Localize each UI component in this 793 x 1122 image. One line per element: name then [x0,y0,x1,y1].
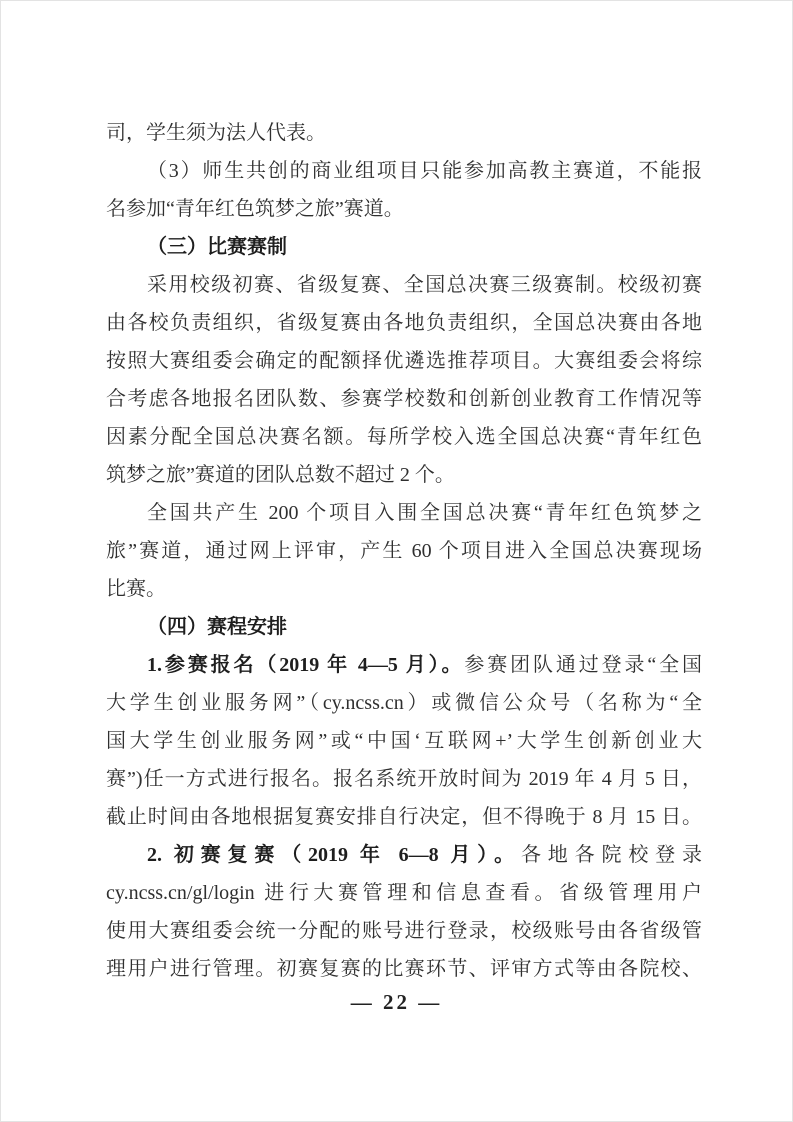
text-run: 赛”)任一方式进行报名。报名系统开放时间为 2019 年 4 月 5 日， [106,768,702,790]
text-run: 旅”赛道，通过网上评审，产生 60 个项目进入全国总决赛现场 [106,540,702,562]
text-run: 全国共产生 200 个项目入围全国总决赛“青年红色筑梦之 [147,502,702,524]
text-line: 旅”赛道，通过网上评审，产生 60 个项目进入全国总决赛现场 [106,532,702,570]
text-run: 各地各院校登录 [521,844,702,866]
document-body: 司，学生须为法人代表。（3）师生共创的商业组项目只能参加高教主赛道，不能报名参加… [106,114,702,988]
text-run: 因素分配全国总决赛名额。每所学校入选全国总决赛“青年红色 [106,426,702,448]
text-run: cy.ncss.cn/gl/login 进行大赛管理和信息查看。省级管理用户 [106,882,702,904]
section-heading: （三）比赛赛制 [106,228,702,266]
bold-run: 1.参赛报名（2019 年 4—5 月）。 [147,654,464,676]
text-run: （3）师生共创的商业组项目只能参加高教主赛道，不能报 [147,160,702,182]
text-run: 参赛团队通过登录“全国 [464,654,702,676]
page-number: — 22 — [1,985,792,1019]
text-line: 截止时间由各地根据复赛安排自行决定，但不得晚于 8 月 15 日。 [106,798,702,836]
text-line: 筑梦之旅”赛道的团队总数不超过 2 个。 [106,456,702,494]
text-run: 国大学生创业服务网”或“中国‘互联网+’大学生创新创业大 [106,730,702,752]
bold-run: （四）赛程安排 [147,616,287,638]
section-heading: （四）赛程安排 [106,608,702,646]
text-line: 名参加“青年红色筑梦之旅”赛道。 [106,190,702,228]
text-run: 由各校负责组织，省级复赛由各地负责组织，全国总决赛由各地 [106,312,702,334]
text-line: 比赛。 [106,570,702,608]
text-line: 2. 初赛复赛（2019 年 6—8 月）。各地各院校登录 [106,836,702,874]
text-run: 大学生创业服务网”（cy.ncss.cn）或微信公众号（名称为“全 [106,692,702,714]
text-line: 司，学生须为法人代表。 [106,114,702,152]
text-run: 理用户进行管理。初赛复赛的比赛环节、评审方式等由各院校、 [106,958,702,980]
text-line: 使用大赛组委会统一分配的账号进行登录，校级账号由各省级管 [106,912,702,950]
text-run: 比赛。 [106,578,166,600]
text-run: 按照大赛组委会确定的配额择优遴选推荐项目。大赛组委会将综 [106,350,702,372]
text-line: 大学生创业服务网”（cy.ncss.cn）或微信公众号（名称为“全 [106,684,702,722]
text-line: 合考虑各地报名团队数、参赛学校数和创新创业教育工作情况等 [106,380,702,418]
text-run: 筑梦之旅”赛道的团队总数不超过 2 个。 [106,464,455,486]
text-line: （3）师生共创的商业组项目只能参加高教主赛道，不能报 [106,152,702,190]
text-line: 全国共产生 200 个项目入围全国总决赛“青年红色筑梦之 [106,494,702,532]
document-page: 司，学生须为法人代表。（3）师生共创的商业组项目只能参加高教主赛道，不能报名参加… [0,0,793,1122]
text-line: 理用户进行管理。初赛复赛的比赛环节、评审方式等由各院校、 [106,950,702,988]
text-run: 司，学生须为法人代表。 [106,122,326,144]
text-run: 使用大赛组委会统一分配的账号进行登录，校级账号由各省级管 [106,920,702,942]
text-line: 国大学生创业服务网”或“中国‘互联网+’大学生创新创业大 [106,722,702,760]
text-run: 截止时间由各地根据复赛安排自行决定，但不得晚于 8 月 15 日。 [106,806,702,828]
text-line: 1.参赛报名（2019 年 4—5 月）。参赛团队通过登录“全国 [106,646,702,684]
text-run: 采用校级初赛、省级复赛、全国总决赛三级赛制。校级初赛 [147,274,702,296]
text-line: 采用校级初赛、省级复赛、全国总决赛三级赛制。校级初赛 [106,266,702,304]
text-line: cy.ncss.cn/gl/login 进行大赛管理和信息查看。省级管理用户 [106,874,702,912]
text-run: 合考虑各地报名团队数、参赛学校数和创新创业教育工作情况等 [106,388,702,410]
text-line: 因素分配全国总决赛名额。每所学校入选全国总决赛“青年红色 [106,418,702,456]
bold-run: （三）比赛赛制 [147,236,287,258]
text-line: 赛”)任一方式进行报名。报名系统开放时间为 2019 年 4 月 5 日， [106,760,702,798]
text-run: 名参加“青年红色筑梦之旅”赛道。 [106,198,404,220]
text-line: 由各校负责组织，省级复赛由各地负责组织，全国总决赛由各地 [106,304,702,342]
text-line: 按照大赛组委会确定的配额择优遴选推荐项目。大赛组委会将综 [106,342,702,380]
bold-run: 2. 初赛复赛（2019 年 6—8 月）。 [147,844,521,866]
